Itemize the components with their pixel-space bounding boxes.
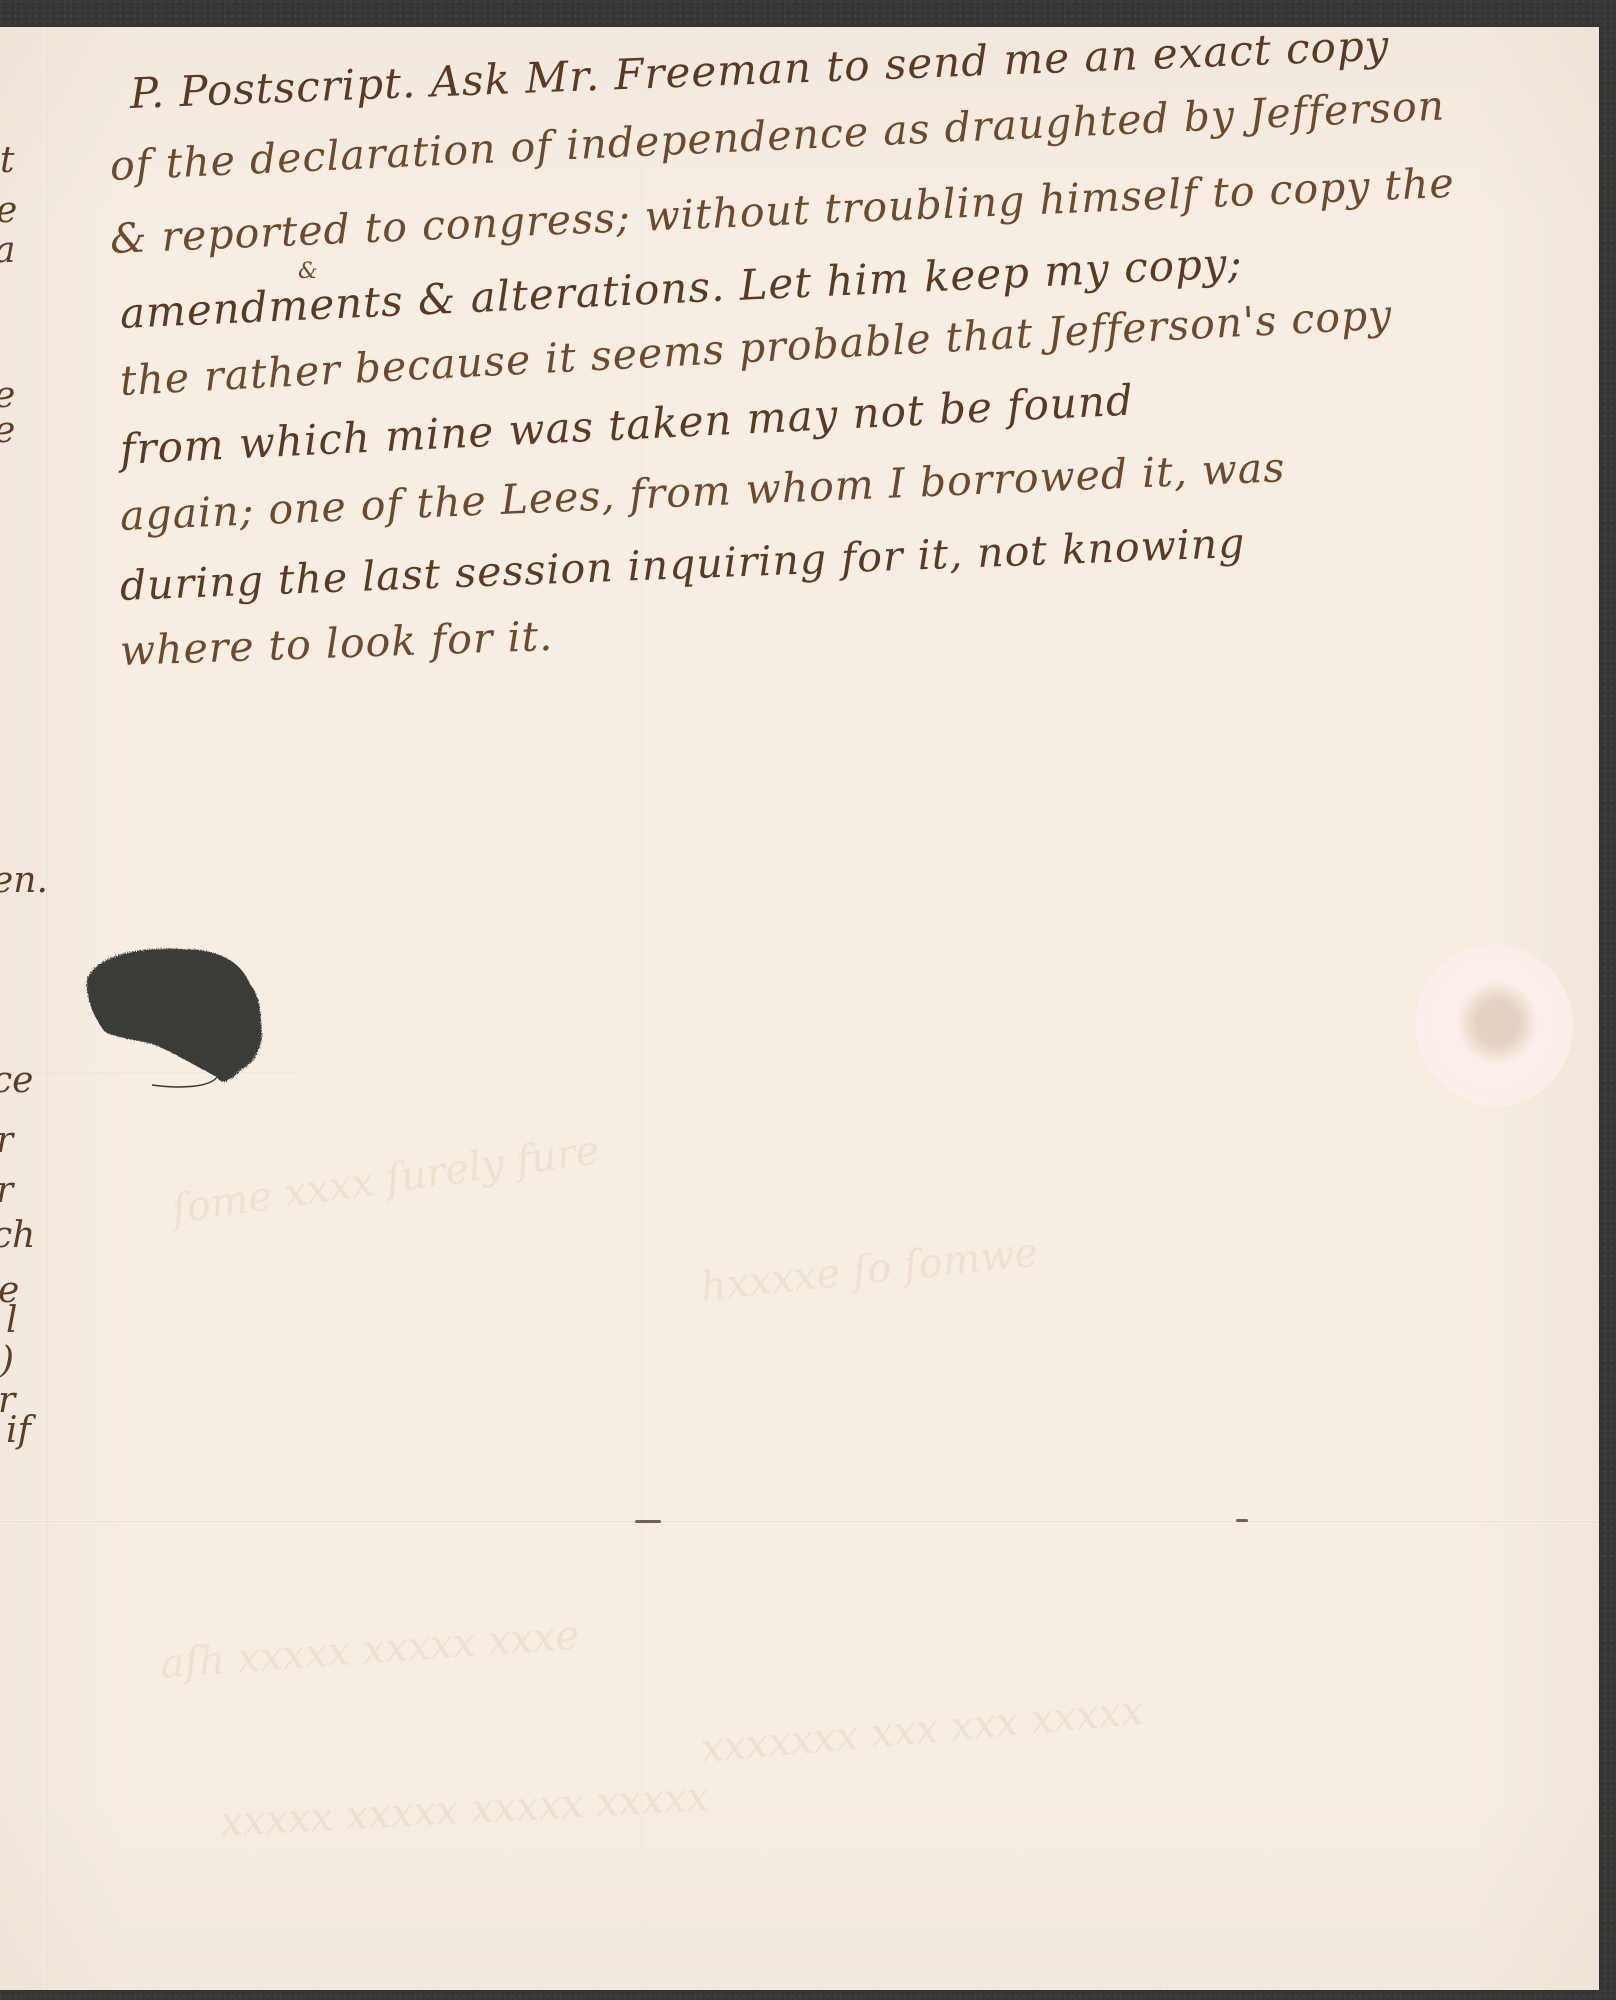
letter-page: ſome xxxx ſurely fure hxxxxe ſo ſomwe aſ… [0, 27, 1599, 1990]
burn-hole [82, 939, 272, 1089]
wax-seal-residue [1415, 945, 1573, 1107]
postscript-line-9: where to look for it. [119, 612, 554, 675]
